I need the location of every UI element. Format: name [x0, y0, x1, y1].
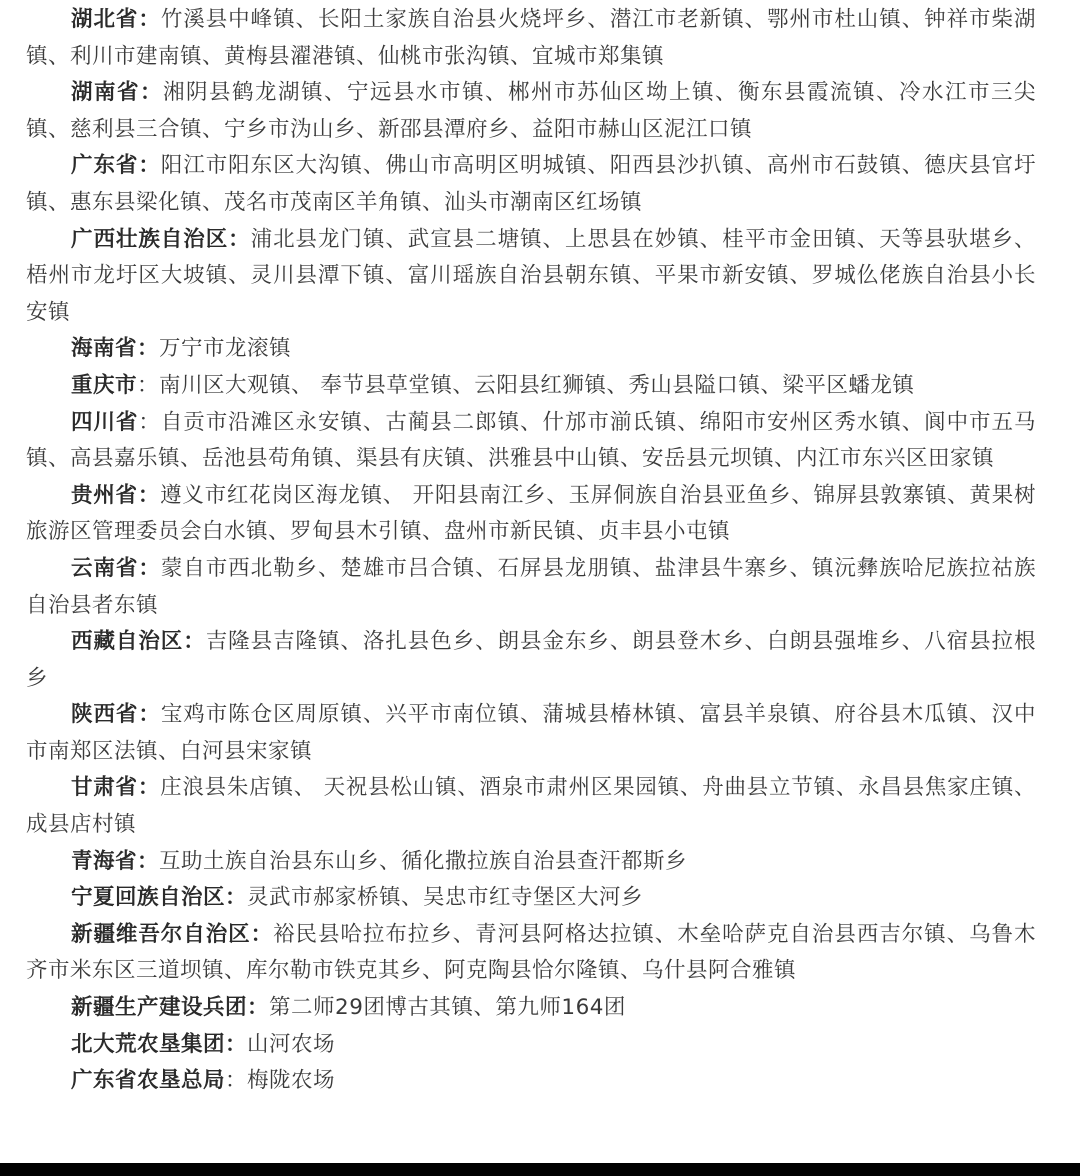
entry-qinghai: 青海省：互助土族自治县东山乡、循化撒拉族自治县查汗都斯乡 — [26, 844, 1036, 881]
town-list: 互助土族自治县东山乡、循化撒拉族自治县查汗都斯乡 — [159, 849, 687, 874]
label-separator: ： — [138, 7, 160, 32]
label-separator: ： — [225, 885, 247, 910]
region-label: 广东省农垦总局 — [71, 1068, 225, 1093]
label-separator: ： — [247, 995, 269, 1020]
town-list: 自贡市沿滩区永安镇、古蔺县二郎镇、什邡市湔氐镇、绵阳市安州区秀水镇、阆中市五马镇… — [26, 410, 1036, 472]
region-label: 宁夏回族自治区 — [71, 885, 225, 910]
entry-beidahuang: 北大荒农垦集团：山河农场 — [26, 1027, 1036, 1064]
label-separator: ： — [138, 775, 160, 800]
entry-sichuan: 四川省：自贡市沿滩区永安镇、古蔺县二郎镇、什邡市湔氐镇、绵阳市安州区秀水镇、阆中… — [26, 405, 1036, 478]
region-label: 贵州省 — [71, 483, 138, 508]
region-label: 广东省 — [71, 153, 138, 178]
region-label: 西藏自治区 — [71, 629, 183, 654]
town-list: 蒙自市西北勒乡、楚雄市吕合镇、石屏县龙朋镇、盐津县牛寨乡、镇沅彝族哈尼族拉祜族自… — [26, 556, 1036, 618]
entry-gansu: 甘肃省：庄浪县朱店镇、 天祝县松山镇、酒泉市肃州区果园镇、舟曲县立节镇、永昌县焦… — [26, 770, 1036, 843]
region-label: 重庆市 — [71, 373, 137, 398]
label-separator: ： — [137, 849, 159, 874]
entry-xinjiang-corps: 新疆生产建设兵团：第二师29团博古其镇、第九师164团 — [26, 990, 1036, 1027]
region-label: 湖北省 — [71, 7, 138, 32]
entry-ningxia: 宁夏回族自治区：灵武市郝家桥镇、吴忠市红寺堡区大河乡 — [26, 880, 1036, 917]
label-separator: ： — [251, 922, 273, 947]
label-separator: ： — [228, 227, 250, 252]
label-separator: ： — [225, 1032, 247, 1057]
entry-xinjiang: 新疆维吾尔自治区：裕民县哈拉布拉乡、青河县阿格达拉镇、木垒哈萨克自治县西吉尔镇、… — [26, 917, 1036, 990]
label-separator: ： — [138, 410, 160, 435]
region-label: 四川省 — [71, 410, 138, 435]
entry-hubei: 湖北省：竹溪县中峰镇、长阳土家族自治县火烧坪乡、潜江市老新镇、鄂州市杜山镇、钟祥… — [26, 2, 1036, 75]
entry-guangdong: 广东省：阳江市阳东区大沟镇、佛山市高明区明城镇、阳西县沙扒镇、高州市石鼓镇、德庆… — [26, 148, 1036, 221]
label-separator: ： — [183, 629, 205, 654]
label-separator: ： — [138, 556, 160, 581]
label-separator: ： — [138, 702, 160, 727]
label-separator: ： — [138, 483, 160, 508]
town-list: 梅陇农场 — [247, 1068, 335, 1093]
town-list: 南川区大观镇、 奉节县草堂镇、云阳县红狮镇、秀山县隘口镇、梁平区蟠龙镇 — [159, 373, 914, 398]
town-list: 山河农场 — [247, 1032, 335, 1057]
region-label: 海南省 — [71, 336, 137, 361]
region-label: 湖南省 — [71, 80, 140, 105]
region-label: 广西壮族自治区 — [71, 227, 228, 252]
town-list: 竹溪县中峰镇、长阳土家族自治县火烧坪乡、潜江市老新镇、鄂州市杜山镇、钟祥市柴湖镇… — [26, 7, 1036, 69]
region-label: 新疆生产建设兵团 — [71, 995, 247, 1020]
label-separator: ： — [137, 373, 159, 398]
region-label: 云南省 — [71, 556, 138, 581]
label-separator: ： — [225, 1068, 247, 1093]
entry-guangdong-farm: 广东省农垦总局：梅陇农场 — [26, 1063, 1036, 1100]
label-separator: ： — [137, 336, 159, 361]
region-label: 陕西省 — [71, 702, 138, 727]
label-separator: ： — [140, 80, 163, 105]
region-label: 北大荒农垦集团 — [71, 1032, 225, 1057]
town-list: 宝鸡市陈仓区周原镇、兴平市南位镇、蒲城县椿林镇、富县羊泉镇、府谷县木瓜镇、汉中市… — [26, 702, 1036, 764]
label-separator: ： — [138, 153, 160, 178]
region-label: 新疆维吾尔自治区 — [71, 922, 251, 947]
entry-guizhou: 贵州省：遵义市红花岗区海龙镇、 开阳县南江乡、玉屏侗族自治县亚鱼乡、锦屏县敦寨镇… — [26, 478, 1036, 551]
entry-hunan: 湖南省：湘阴县鹤龙湖镇、宁远县水市镇、郴州市苏仙区坳上镇、衡东县霞流镇、冷水江市… — [26, 75, 1036, 148]
town-list: 灵武市郝家桥镇、吴忠市红寺堡区大河乡 — [247, 885, 643, 910]
bottom-black-bar — [0, 1163, 1080, 1176]
entry-guangxi: 广西壮族自治区：浦北县龙门镇、武宣县二塘镇、上思县在妙镇、桂平市金田镇、天等县驮… — [26, 222, 1036, 332]
document-body: 湖北省：竹溪县中峰镇、长阳土家族自治县火烧坪乡、潜江市老新镇、鄂州市杜山镇、钟祥… — [26, 2, 1036, 1100]
entry-hainan: 海南省：万宁市龙滚镇 — [26, 331, 1036, 368]
town-list: 阳江市阳东区大沟镇、佛山市高明区明城镇、阳西县沙扒镇、高州市石鼓镇、德庆县官圩镇… — [26, 153, 1036, 215]
entry-yunnan: 云南省：蒙自市西北勒乡、楚雄市吕合镇、石屏县龙朋镇、盐津县牛寨乡、镇沅彝族哈尼族… — [26, 551, 1036, 624]
entry-xizang: 西藏自治区：吉隆县吉隆镇、洛扎县色乡、朗县金东乡、朗县登木乡、白朗县强堆乡、八宿… — [26, 624, 1036, 697]
entry-shaanxi: 陕西省：宝鸡市陈仓区周原镇、兴平市南位镇、蒲城县椿林镇、富县羊泉镇、府谷县木瓜镇… — [26, 697, 1036, 770]
region-label: 甘肃省 — [71, 775, 138, 800]
town-list: 万宁市龙滚镇 — [159, 336, 291, 361]
town-list: 湘阴县鹤龙湖镇、宁远县水市镇、郴州市苏仙区坳上镇、衡东县霞流镇、冷水江市三尖镇、… — [26, 80, 1036, 142]
town-list: 遵义市红花岗区海龙镇、 开阳县南江乡、玉屏侗族自治县亚鱼乡、锦屏县敦寨镇、黄果树… — [26, 483, 1036, 545]
region-label: 青海省 — [71, 849, 137, 874]
entry-chongqing: 重庆市：南川区大观镇、 奉节县草堂镇、云阳县红狮镇、秀山县隘口镇、梁平区蟠龙镇 — [26, 368, 1036, 405]
town-list: 庄浪县朱店镇、 天祝县松山镇、酒泉市肃州区果园镇、舟曲县立节镇、永昌县焦家庄镇、… — [26, 775, 1036, 837]
town-list: 第二师29团博古其镇、第九师164团 — [269, 995, 626, 1020]
